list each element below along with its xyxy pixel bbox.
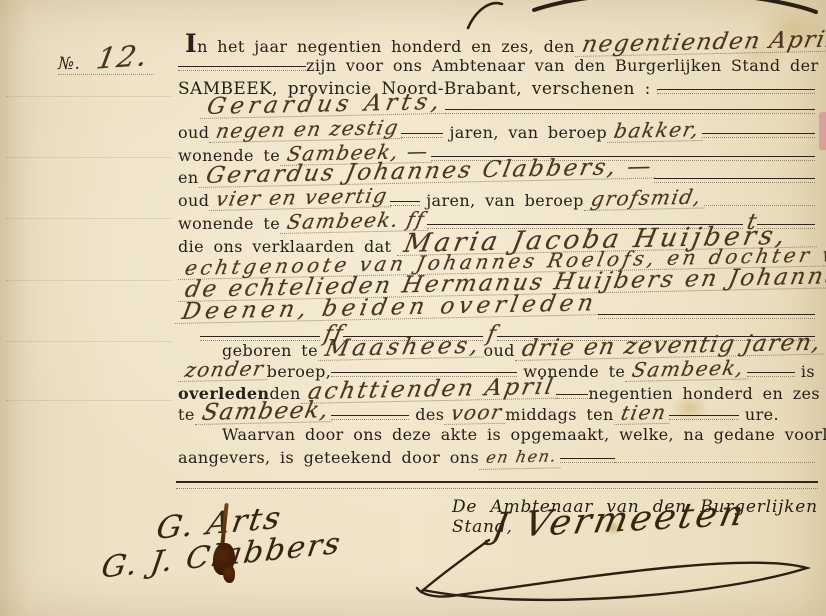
handwritten-profession: bakker,: [607, 118, 707, 143]
margin-rule: [6, 280, 172, 281]
handwritten-birthplace: Maashees,: [318, 335, 489, 361]
death-certificate-scan: №. 12. In het jaar negentien honderd en …: [0, 0, 826, 616]
handwritten-en-hen: en hen.: [479, 445, 564, 470]
printed-text: wonende te: [178, 214, 280, 233]
closing-divider: [176, 481, 818, 492]
printed-text: jaren, van beroep: [449, 123, 607, 142]
printed-text: aangevers, is geteekend door ons: [178, 448, 479, 467]
ink-blot: [211, 503, 241, 593]
margin-rule: [6, 157, 172, 158]
printed-text: jaren, van beroep: [426, 191, 584, 210]
handwritten-daypart: voor: [444, 401, 510, 425]
printed-text: oud: [483, 341, 514, 360]
handwritten-no-profession: zonder: [178, 357, 271, 382]
fill-line: [669, 405, 739, 420]
fill-line: [401, 123, 443, 138]
printed-text: des: [415, 405, 444, 424]
act-number-label: №.: [58, 54, 80, 74]
act-number-value: 12.: [90, 44, 155, 70]
handwritten-age: negen en zestig: [209, 116, 406, 143]
printed-text: oud: [178, 123, 209, 142]
line-officer-intro: zijn voor ons Ambtenaar van den Burgerli…: [178, 56, 815, 80]
printed-text: is: [801, 362, 815, 381]
handwritten-hour: tien: [614, 401, 674, 425]
line-death-place-hour: te Sambeek, des voor middags ten tien ur…: [178, 402, 815, 426]
fill-line: [445, 99, 815, 114]
margin-rule: [6, 218, 172, 219]
printed-text: oud: [178, 191, 209, 210]
handwritten-parents-deceased: Deenen, beiden overleden: [175, 292, 604, 324]
fill-line: [390, 191, 420, 206]
fill-line: [704, 191, 815, 206]
fill-line: [598, 304, 815, 319]
line-declarant2-age-profession: oud vier en veertig jaren, van beroep gr…: [178, 188, 815, 212]
line-closing-2: aangevers, is geteekend door ons en hen.: [178, 447, 815, 471]
fill-line: [657, 79, 815, 94]
handwritten-name: Gerardus Arts,: [200, 91, 451, 119]
handwritten-residence: Sambeek,: [625, 356, 751, 382]
handwritten-age: vier en veertig: [209, 184, 395, 211]
handwritten-death-place: Sambeek,: [195, 399, 336, 425]
act-number: №. 12.: [58, 48, 154, 75]
fill-line: [702, 123, 815, 138]
printed-text: middags ten: [505, 405, 613, 424]
fill-line: [556, 384, 588, 399]
handwritten-profession: grofsmid,: [584, 185, 709, 211]
printed-text: ure.: [745, 405, 779, 424]
printed-text: te: [178, 405, 195, 424]
fill-line: [654, 168, 815, 183]
printed-text: zijn voor ons Ambtenaar van den Burgerli…: [306, 56, 826, 75]
margin-rule: [6, 400, 172, 401]
signature-flourish: [415, 538, 820, 610]
printed-text: In het jaar negentien honderd en zes, de…: [185, 37, 575, 56]
printed-text: Waarvan door ons deze akte is opgemaakt,…: [222, 425, 826, 444]
printed-text: en: [178, 168, 199, 187]
signature-registrar: J Vermeeten: [486, 502, 753, 538]
margin-rule: [6, 341, 172, 342]
fill-line: [560, 448, 615, 463]
fill-line: [331, 405, 409, 420]
fill-line: [747, 362, 795, 377]
line-date-intro: In het jaar negentien honderd en zes, de…: [185, 34, 815, 58]
handwritten-date: negentienden April: [575, 29, 826, 57]
ink-blob: [223, 565, 235, 583]
fill-line: [615, 448, 815, 463]
paper-edge-mark: [819, 112, 826, 150]
line-declarant1-age-profession: oud negen en zestig jaren, van beroep ba…: [178, 120, 815, 144]
margin-rule: [6, 96, 172, 97]
handwritten-death-date: achttienden April: [301, 376, 562, 404]
fill-line: [178, 56, 306, 71]
